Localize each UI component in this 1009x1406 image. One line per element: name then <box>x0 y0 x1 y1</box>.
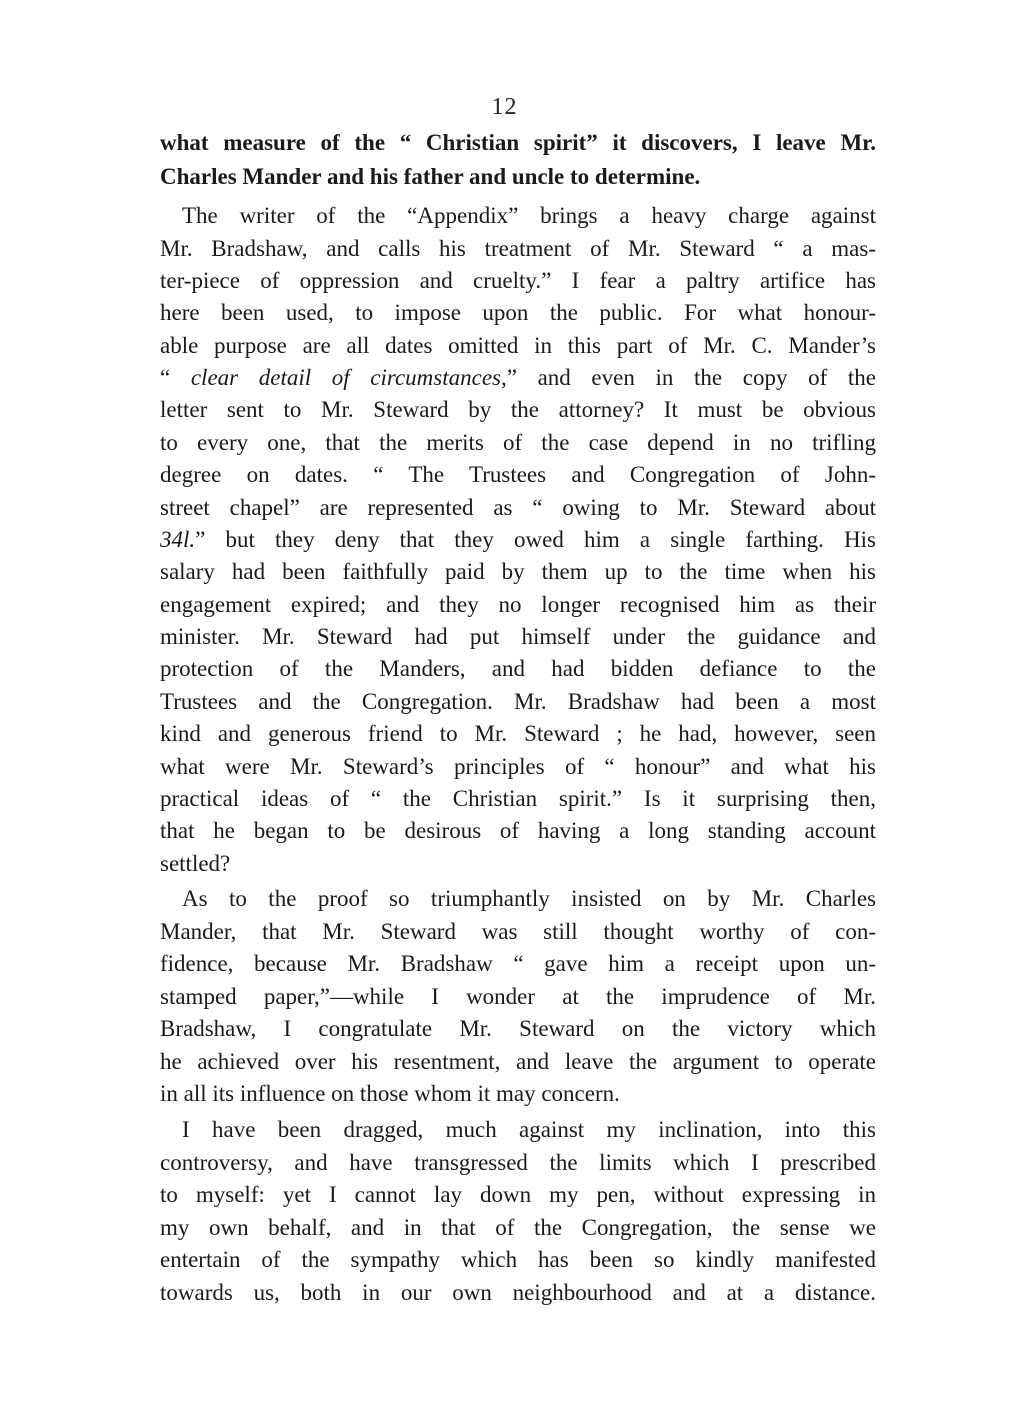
text-line: Trustees and the Congregation. Mr. Brads… <box>160 687 876 717</box>
text-line: minister. Mr. Steward had put himself un… <box>160 622 876 652</box>
text-line: controversy, and have transgressed the l… <box>160 1148 876 1178</box>
page-number: 12 <box>0 92 1009 122</box>
text-line: what were Mr. Steward’s principles of “ … <box>160 752 876 782</box>
text-line: here been used, to impose upon the publi… <box>160 298 876 328</box>
text-line: Mander, that Mr. Steward was still thoug… <box>160 917 876 947</box>
text-line: street chapel” are represented as “ owin… <box>160 493 876 523</box>
text-line: to myself: yet I cannot lay down my pen,… <box>160 1180 876 1210</box>
text-line: my own behalf, and in that of the Congre… <box>160 1213 876 1243</box>
text-line: settled? <box>160 849 876 879</box>
text-line: protection of the Manders, and had bidde… <box>160 654 876 684</box>
text-line: salary had been faithfully paid by them … <box>160 557 876 587</box>
text-line: 34l.” but they deny that they owed him a… <box>160 525 876 555</box>
text-line: stamped paper,”—while I wonder at the im… <box>160 982 876 1012</box>
text-line: kind and generous friend to Mr. Steward … <box>160 719 876 749</box>
text-line: ter-piece of oppression and cruelty.” I … <box>160 266 876 296</box>
text-line: he achieved over his resentment, and lea… <box>160 1047 876 1077</box>
text-line: entertain of the sympathy which has been… <box>160 1245 876 1275</box>
text-line: what measure of the “ Christian spirit” … <box>160 128 876 158</box>
text-segment: ” but they deny that they owed him a sin… <box>195 527 876 552</box>
italic-text: clear detail of circumstances, <box>191 365 507 390</box>
text-line: practical ideas of “ the Christian spiri… <box>160 784 876 814</box>
document-page: 12 what measure of the “ Christian spiri… <box>0 0 1009 1406</box>
text-line: I have been dragged, much against my inc… <box>160 1115 876 1145</box>
text-line: “ clear detail of circumstances,” and ev… <box>160 363 876 393</box>
text-segment: ” and even in the copy of the <box>507 365 876 390</box>
text-line: Charles Mander and his father and uncle … <box>160 162 876 192</box>
text-line: Mr. Bradshaw, and calls his treatment of… <box>160 234 876 264</box>
text-line: that he began to be desirous of having a… <box>160 816 876 846</box>
text-line: towards us, both in our own neighbourhoo… <box>160 1278 876 1308</box>
text-line: The writer of the “Appendix” brings a he… <box>160 201 876 231</box>
text-line: letter sent to Mr. Steward by the attorn… <box>160 395 876 425</box>
italic-text: 34l. <box>160 527 195 552</box>
text-line: Bradshaw, I congratulate Mr. Steward on … <box>160 1014 876 1044</box>
text-line: engagement expired; and they no longer r… <box>160 590 876 620</box>
text-line: degree on dates. “ The Trustees and Cong… <box>160 460 876 490</box>
text-line: in all its influence on those whom it ma… <box>160 1079 876 1109</box>
text-line: fidence, because Mr. Bradshaw “ gave him… <box>160 949 876 979</box>
text-line: to every one, that the merits of the cas… <box>160 428 876 458</box>
text-segment: “ <box>160 365 191 390</box>
text-line: As to the proof so triumphantly insisted… <box>160 884 876 914</box>
text-line: able purpose are all dates omitted in th… <box>160 331 876 361</box>
